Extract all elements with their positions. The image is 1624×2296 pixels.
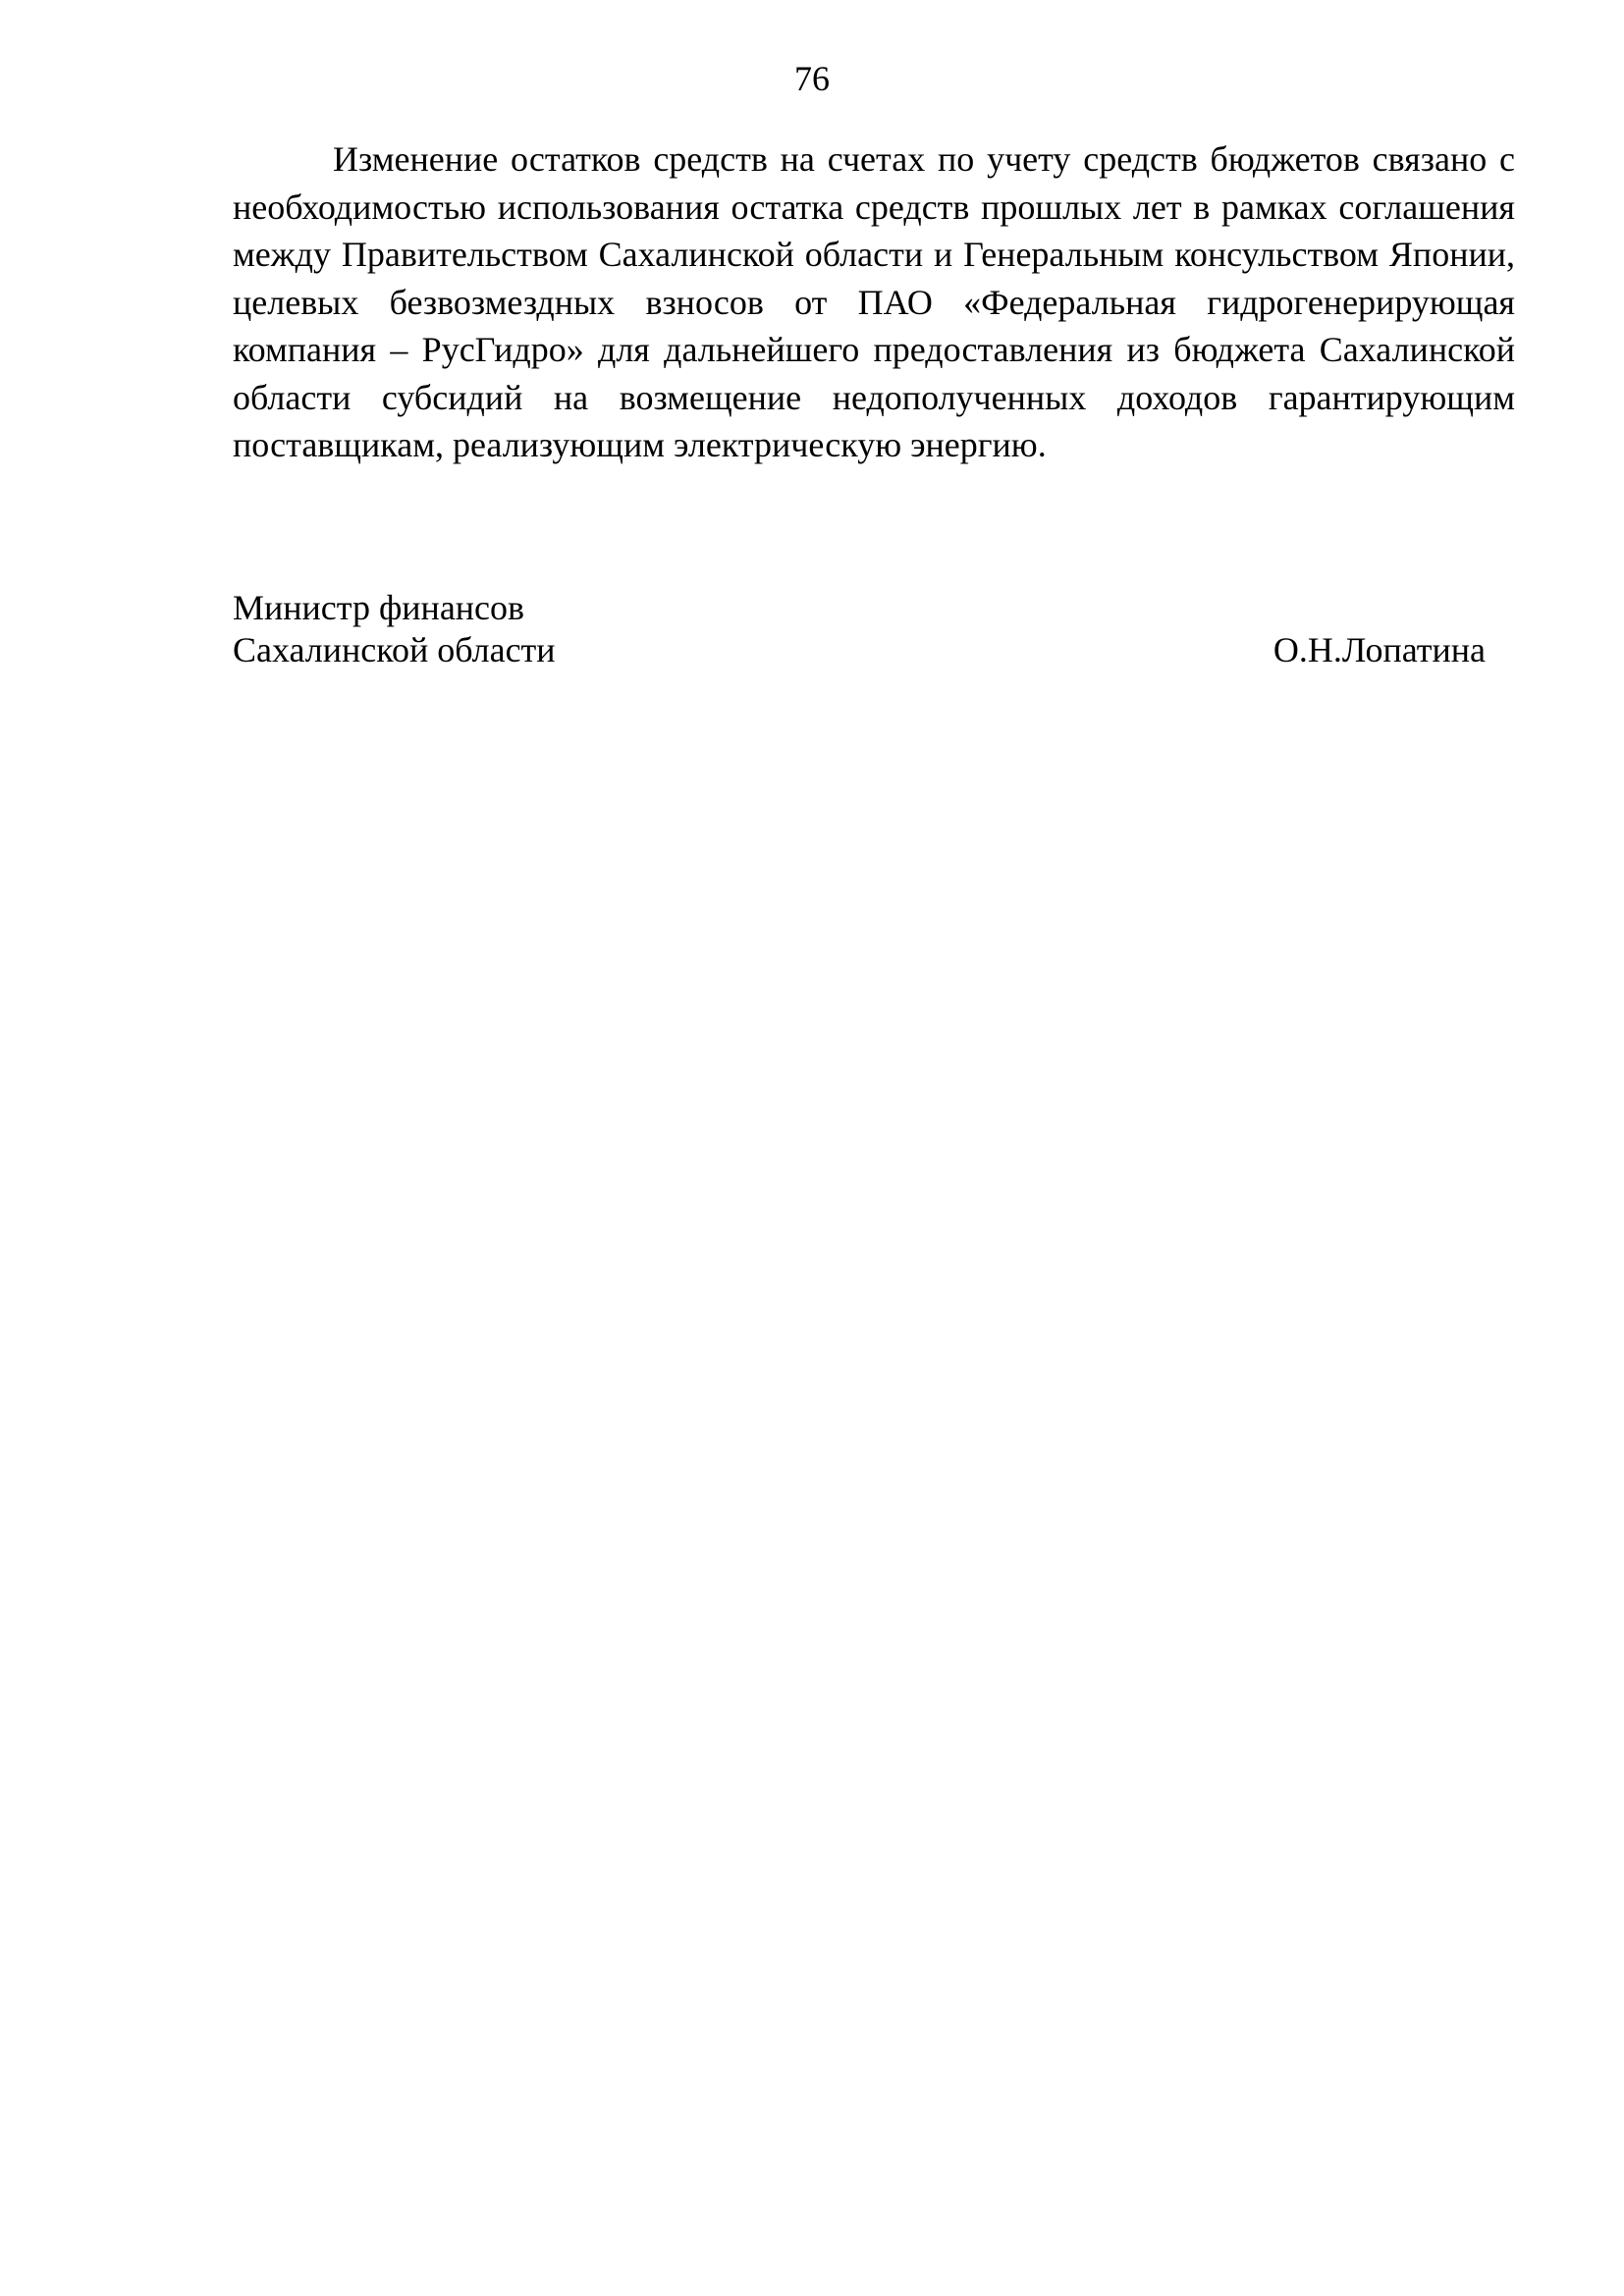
signature-block: Министр финансов Сахалинской области О.Н… <box>233 587 1486 671</box>
body-paragraph: Изменение остатков средств на счетах по … <box>233 135 1515 469</box>
signature-row-name: Сахалинской области О.Н.Лопатина <box>233 629 1486 671</box>
signature-row-position: Министр финансов <box>233 587 1486 629</box>
page-number: 76 <box>0 57 1624 100</box>
signature-name: О.Н.Лопатина <box>1273 629 1486 671</box>
signature-position-line1: Министр финансов <box>233 587 524 629</box>
signature-position-line2: Сахалинской области <box>233 629 556 671</box>
